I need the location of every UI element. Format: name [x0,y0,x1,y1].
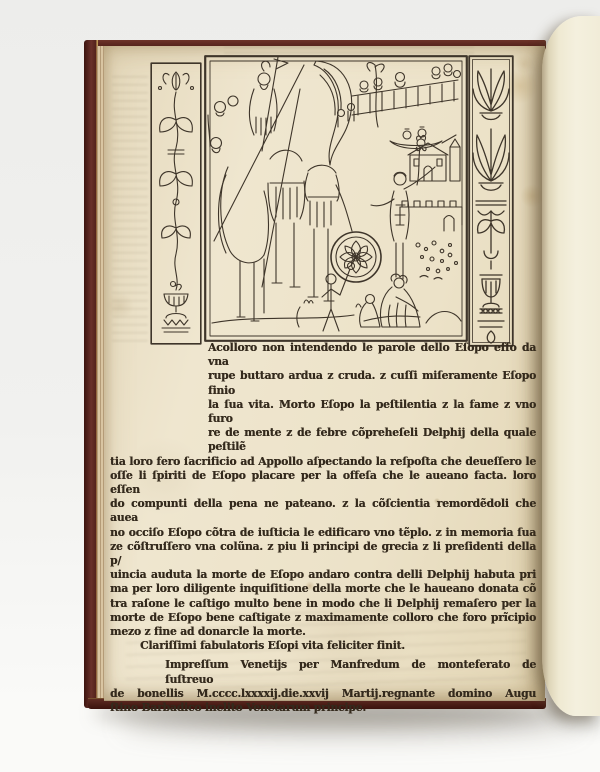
text-line: oſſe li ſpiriti de Eſopo placare per la … [110,469,536,497]
floral-border-left [150,62,202,345]
text-line: uincia auduta la morte de Eſopo andaro c… [110,568,536,582]
text-line: no occiſo Eſopo cõtra de iuſticia le edi… [110,526,536,540]
colophon-line: ſtino Barbadico inclito Venetarum princi… [110,701,536,715]
text-line: tia loro fero ſacrificio ad Appollo aſpe… [110,455,536,469]
text-line: re de mente z de febre cõpreheſeli Delph… [208,426,536,454]
book-photograph: Acolloro non intendendo le parole dello … [0,0,600,772]
floral-border-right [468,55,514,347]
foxing-stain [514,54,534,74]
printed-page: Acolloro non intendendo le parole dello … [104,46,545,701]
woodcut-illustration [204,55,468,342]
text-line: ze cõſtruſſero vna colũna. z piu li prin… [110,540,536,568]
text-line: mezo z fine ad donarcle la morte. [110,625,536,639]
text-line: morte de Eſopo bene caſtigate z maximame… [110,611,536,625]
colophon-line: de bonellis M.cccc.lxxxxij.die.xxvij Mar… [110,687,536,701]
cover-spine-edge [84,40,98,708]
foxing-stain [520,184,544,208]
text-line: Acolloro non intendendo le parole dello … [208,341,536,369]
text-line: la ſua vita. Morto Eſopo la peſtilentia … [208,398,536,426]
text-line: ma per loro diligente inquiſitione della… [110,582,536,596]
text-block: Acolloro non intendendo le parole dello … [110,341,536,715]
explicit-line: Clariſſimi fabulatoris Eſopi vita felici… [140,639,536,653]
colophon-line: Impreſſum Venetijs per Manfredum de mont… [165,658,536,686]
text-line: rupe buttaro ardua z cruda. z cuſſi miſe… [208,369,536,397]
foxing-stain [106,292,134,320]
facing-blank-leaf [542,16,600,716]
show-through-text [112,76,148,348]
text-line: do compunti della pena ne pateano. z la … [110,497,536,525]
text-line: tra raſone le caſtigo multo bene in modo… [110,597,536,611]
